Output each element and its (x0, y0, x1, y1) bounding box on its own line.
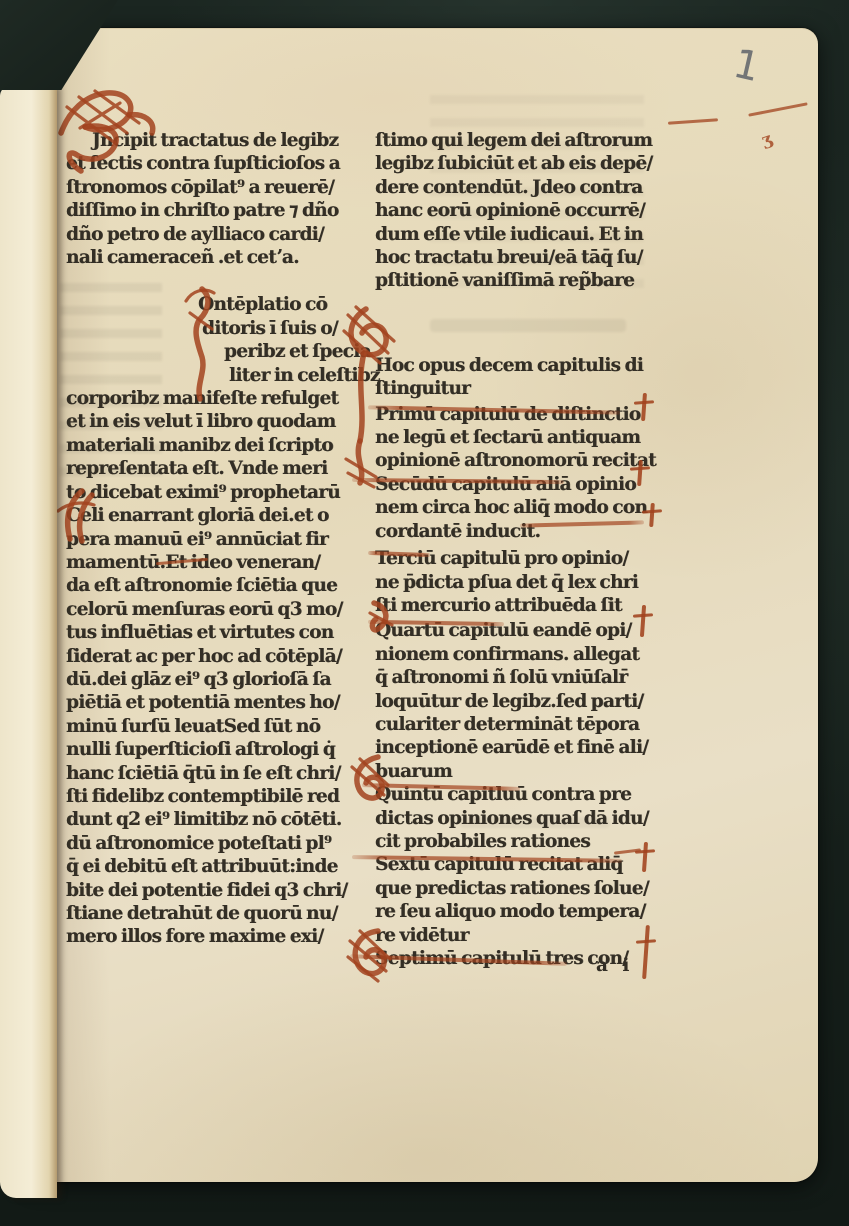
text-line: Terciū capitulū pro opinio/ (375, 547, 675, 570)
text-line: pera manuū ei⁹ annūciat fir (66, 528, 366, 551)
text-line: et ſectis contra ſupſticioſos a (66, 152, 366, 175)
text-line: re ſeu aliquo modo tempera/ (375, 900, 675, 923)
text-line: loquūtur de legibz.ſed parti/ (375, 690, 675, 713)
text-line: repreſentata eſt. Vnde meri (66, 457, 366, 480)
text-line: ſtinguitur (375, 377, 675, 400)
text-line: Jncipit tractatus de legibz (92, 129, 366, 152)
text-line: pſtitionē vaniſſimā rep̃bare (375, 269, 675, 292)
text-line: diſſimo in chriſto patre ⁊ dño (66, 199, 366, 222)
right-text-column: ſtimo qui legem dei aſtrorumlegibz ſubic… (375, 129, 675, 970)
text-line: corporibz manifeſte refulget (66, 387, 366, 410)
text-line: minū ſurſū leuatSed ſūt nō (66, 715, 366, 738)
text-line: hanc eorū opinionē occurrē/ (375, 199, 675, 222)
text-line: ſtimo qui legem dei aſtrorum (375, 129, 675, 152)
text-line: dere contendūt. Jdeo contra (375, 176, 675, 199)
text-line: dunt q2 ei⁹ limitibz nō cōtēti. (66, 808, 366, 831)
book-page: Jncipit tractatus de legibzet ſectis con… (30, 28, 818, 1182)
rubric-stroke-top-right-2 (748, 102, 808, 117)
rubric-squiggle-top-right: ʒ (759, 129, 774, 151)
text-line: hanc ſciētiā q̄tū in ſe eſt chri/ (66, 762, 366, 785)
rubric-cross-secundum (630, 460, 650, 486)
rubric-cross-primum (634, 393, 654, 421)
text-line: ne p̄dicta pſua det q̄ lex chri (375, 571, 675, 594)
rubric-stroke-top-right-1 (668, 118, 718, 125)
text-line: re vidētur (375, 924, 675, 947)
text-line: Ontēplatio cō (198, 293, 366, 316)
text-line: ſtronomos cōpilat⁹ a reuerē/ (66, 176, 366, 199)
text-line: que predictas rationes ſolue/ (375, 877, 675, 900)
flyleaf-edge (0, 86, 57, 1198)
text-line: nionem confirmans. allegat (375, 643, 675, 666)
text-line: hoc tractatu breui/eā tāq̄ ſu/ (375, 246, 675, 269)
text-line: ditoris ī ſuis o/ (202, 317, 366, 340)
text-line: q̄ ei debitū eſt attribuūt:inde (66, 855, 366, 878)
text-line: Celi enarrant gloriā dei.et o (66, 504, 366, 527)
text-line: culariter determināt tēpora (375, 713, 675, 736)
text-line: mamentū.Et ideo veneran/ (66, 551, 366, 574)
text-line: dño petro de aylliaco cardi/ (66, 223, 366, 246)
text-line: tus influētias et virtutes con (66, 621, 366, 644)
text-line: peribz et ſpecia (224, 340, 366, 363)
text-line: piētiā et potentiā mentes ho/ (66, 691, 366, 714)
text-line: legibz ſubiciūt et ab eis depē/ (375, 152, 675, 175)
text-line: nem circa hoc aliq̄ modo con (375, 496, 675, 519)
text-line: dū aſtronomice poteſtati pl⁹ (66, 832, 366, 855)
text-line: nulli ſuperſticioſi aſtrologi q̇ (66, 738, 366, 761)
text-line: dum eſſe vtile iudicaui. Et in (375, 223, 675, 246)
text-line: to dicebat eximi⁹ prophetarū (66, 481, 366, 504)
text-line: q̄ aſtronomi ñ ſolū vniūſalr̄ (375, 666, 675, 689)
left-text-column: Jncipit tractatus de legibzet ſectis con… (66, 129, 366, 949)
text-line: ſtiane detrahūt de quorū nu/ (66, 902, 366, 925)
text-line: inceptionē earūdē et finē ali/ (375, 736, 675, 759)
text-line: ſti fidelibz contemptibilē red (66, 785, 366, 808)
book-photo-scene: Jncipit tractatus de legibzet ſectis con… (0, 0, 849, 1226)
text-line: materiali manibz dei ſcripto (66, 434, 366, 457)
text-line: ſti mercurio attribuēda ſit (375, 594, 675, 617)
text-line: nali cameraceñ .et cetʼa. (66, 246, 366, 269)
text-line: celorū menſuras eorū q3 mo/ (66, 598, 366, 621)
text-line: Hoc opus decem capitulis di (375, 354, 675, 377)
text-line: liter in celeſtibz (229, 364, 366, 387)
text-line: ſiderat ac per hoc ad cōtēplā/ (66, 645, 366, 668)
text-line: et in eis velut ī libro quodam (66, 410, 366, 433)
text-line: dū.dei glāz ei⁹ q3 glorioſā ſa (66, 668, 366, 691)
text-line: bite dei potentie fidei q3 chri/ (66, 879, 366, 902)
text-line: buarum (375, 760, 675, 783)
text-line: ne legū et ſectarū antiquam (375, 426, 675, 449)
rubric-cross-quartum (633, 605, 653, 637)
text-line: mero illos fore maxime exi/ (66, 925, 366, 948)
text-line: da eſt aſtronomie ſciētia que (66, 574, 366, 597)
folio-number-pencil: 1 (729, 41, 764, 92)
rubric-cross-inducit (642, 503, 662, 527)
rubric-cross-sextum (635, 842, 655, 872)
text-line: dictas opiniones quaſ dā idu/ (375, 807, 675, 830)
gathering-signature: a i (596, 955, 633, 976)
rubric-cross-septimum (636, 925, 656, 979)
